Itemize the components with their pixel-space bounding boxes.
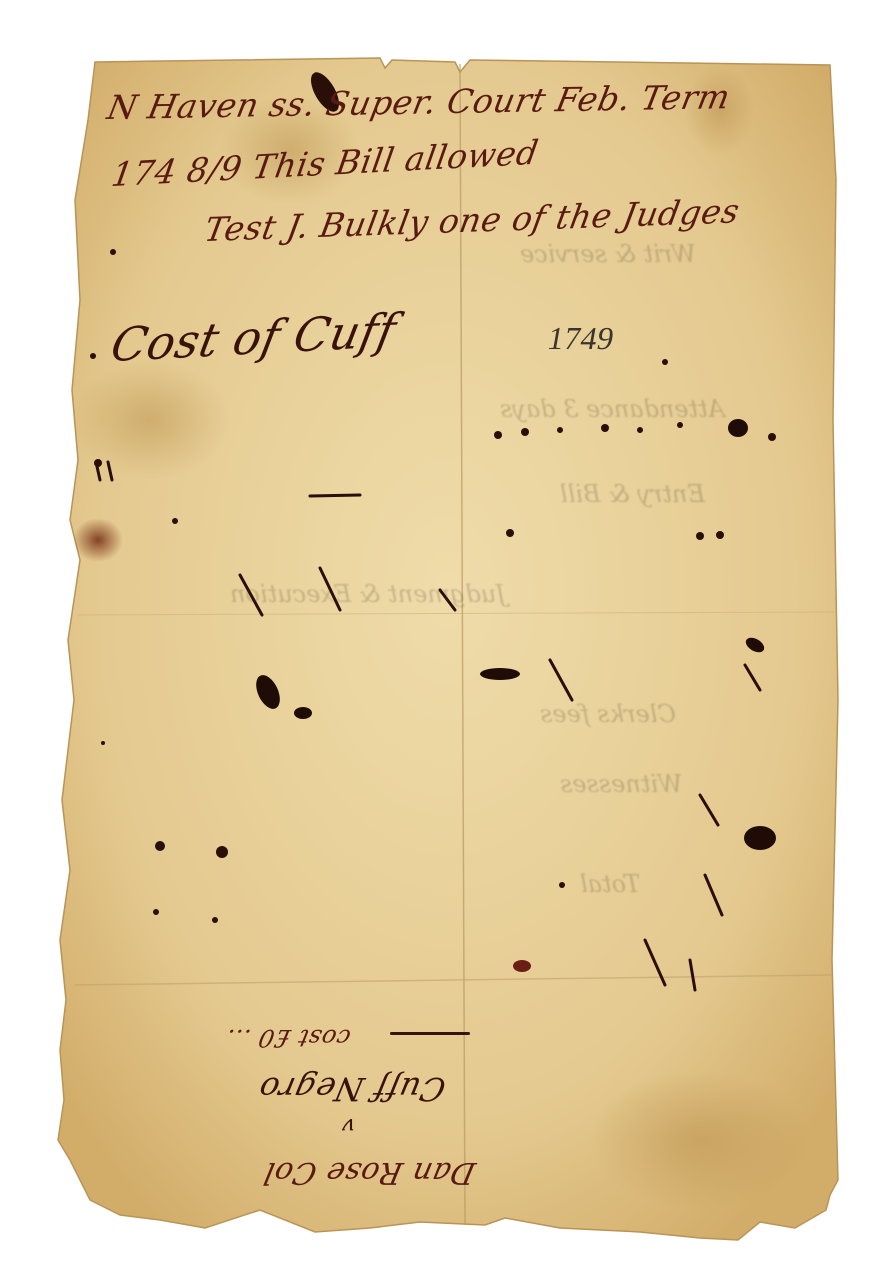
bleed-through-line: Total [580, 870, 640, 898]
scanned-document: Writ & service Attendance 3 days Entry &… [0, 0, 885, 1288]
endorsement-line-2: v [339, 1113, 357, 1138]
document-year: 1749 [545, 320, 618, 357]
endorsement-line-4: cost £0 ... [223, 1024, 353, 1052]
bleed-through-line: Witnesses [560, 770, 682, 798]
bleed-through-line: Clerks fees [540, 700, 676, 728]
bleed-through-line: Judgment & Execution [230, 580, 506, 608]
reverse-endorsement: Dan Rose Col v Cuff Negro cost £0 ... [105, 990, 485, 1200]
bleed-through-line: Writ & service [520, 240, 696, 268]
endorsement-line-3: Cuff Negro [255, 1070, 449, 1108]
bleed-through-line: Entry & Bill [560, 480, 705, 508]
endorsement-dash [390, 1032, 470, 1035]
bleed-through-line: Attendance 3 days [500, 395, 725, 423]
endorsement-line-1: Dan Rose Col [261, 1155, 479, 1190]
